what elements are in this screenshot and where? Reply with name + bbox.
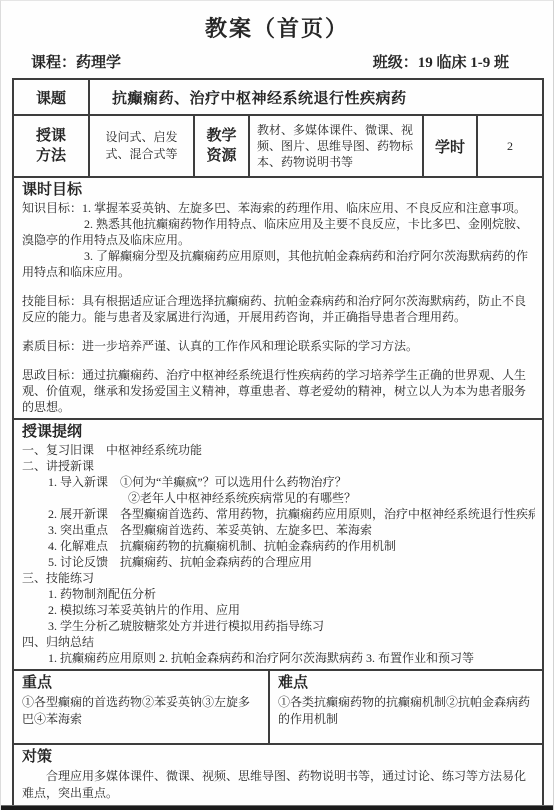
resources-label-cell: 教学资源 bbox=[194, 115, 249, 177]
outline-line: 四、归纳总结 bbox=[22, 634, 535, 650]
page-title: 教案（首页） bbox=[1, 16, 553, 42]
outline-line: 1. 药物制剂配伍分析 bbox=[22, 586, 535, 602]
method-label: 授课方法 bbox=[35, 126, 68, 166]
method-value-cell: 设问式、启发式、混合式等 bbox=[89, 115, 194, 177]
strategy-cell: 对策 合理应用多媒体课件、微课、视频、思维导图、药物说明书等，通过讨论、练习等方… bbox=[13, 744, 543, 806]
outline-line: 一、复习旧课 中枢神经系统功能 bbox=[22, 442, 535, 458]
method-resources-row: 授课方法 设问式、启发式、混合式等 教学资源 教材、多媒体课件、微课、视频、图片… bbox=[13, 115, 543, 177]
ideology-objective: 思政目标：通过抗癫痫药、治疗中枢神经系统退行性疾病药的学习培养学生正确的世界观、… bbox=[22, 367, 535, 415]
difficulties-heading: 难点 bbox=[278, 674, 535, 693]
lesson-plan-table: 课题 抗癫痫药、治疗中枢神经系统退行性疾病药 授课方法 设问式、启发式、混合式等… bbox=[12, 78, 544, 807]
class-value: 19 临床 1-9 班 bbox=[418, 55, 509, 71]
course-value: 药理学 bbox=[76, 55, 121, 71]
topic-value-cell: 抗癫痫药、治疗中枢神经系统退行性疾病药 bbox=[89, 79, 543, 115]
key-points-heading: 重点 bbox=[22, 674, 261, 693]
knowledge-objective-1: 知识目标：1. 掌握苯妥英钠、左旋多巴、苯海索的药理作用、临床应用、不良反应和注… bbox=[22, 200, 535, 216]
keypoints-difficulties-row: 重点 ①各型癫痫的首选药物②苯妥英钠③左旋多巴④苯海索 难点 ①各类抗癫痫药物的… bbox=[13, 670, 543, 744]
objectives-heading: 课时目标 bbox=[22, 181, 535, 200]
outline-line: 1. 抗癫痫药应用原则 2. 抗帕金森病药和治疗阿尔茨海默病药 3. 布置作业和… bbox=[22, 650, 535, 666]
difficulties-cell: 难点 ①各类抗癫痫药物的抗癫痫机制②抗帕金森病药的作用机制 bbox=[269, 670, 543, 744]
course-label: 课程： bbox=[31, 55, 76, 71]
outline-line: 3. 学生分析乙琥胺糖浆处方并进行模拟用药指导练习 bbox=[22, 618, 535, 634]
quality-objective: 素质目标：进一步培养严谨、认真的工作作风和理论联系实际的学习方法。 bbox=[22, 338, 535, 354]
topic-row: 课题 抗癫痫药、治疗中枢神经系统退行性疾病药 bbox=[13, 79, 543, 115]
method-label-cell: 授课方法 bbox=[13, 115, 89, 177]
skill-objective: 技能目标：具有根据适应证合理选择抗癫痫药、抗帕金森病药和治疗阿尔茨海默病药，防止… bbox=[22, 293, 535, 325]
outline-line: 2. 模拟练习苯妥英钠片的作用、应用 bbox=[22, 602, 535, 618]
knowledge-objective-3: 3. 了解癫痫分型及抗癫痫药应用原则，其他抗帕金森病药和治疗阿尔茨海默病药的作用… bbox=[22, 248, 535, 280]
hours-label-cell: 学时 bbox=[423, 115, 477, 177]
outline-cell: 授课提纲 一、复习旧课 中枢神经系统功能 二、讲授新课 1. 导入新课 ①何为“… bbox=[13, 419, 543, 670]
meta-row: 课程：药理学 班级：19 临床 1-9 班 bbox=[1, 54, 553, 73]
outline-line: 三、技能练习 bbox=[22, 570, 535, 586]
outline-line: 5. 讨论反馈 抗癫痫药、抗帕金森病药的合理应用 bbox=[22, 554, 535, 570]
resources-label: 教学资源 bbox=[205, 126, 238, 166]
objectives-row: 课时目标 知识目标：1. 掌握苯妥英钠、左旋多巴、苯海索的药理作用、临床应用、不… bbox=[13, 177, 543, 419]
lesson-plan-page: 教案（首页） 课程：药理学 班级：19 临床 1-9 班 课题 抗癫痫药、治疗中… bbox=[0, 0, 554, 810]
hours-value-cell: 2 bbox=[477, 115, 543, 177]
outline-heading: 授课提纲 bbox=[22, 423, 535, 442]
strategy-heading: 对策 bbox=[22, 748, 535, 767]
outline-line: 1. 导入新课 ①何为“羊癫疯”？可以选用什么药物治疗？ bbox=[22, 474, 535, 490]
outline-line: 4. 化解难点 抗癫痫药物的抗癫痫机制、抗帕金森病药的作用机制 bbox=[22, 538, 535, 554]
class-field: 班级：19 临床 1-9 班 bbox=[373, 54, 509, 73]
outline-row: 授课提纲 一、复习旧课 中枢神经系统功能 二、讲授新课 1. 导入新课 ①何为“… bbox=[13, 419, 543, 670]
outline-line: 3. 突出重点 各型癫痫首选药、苯妥英钠、左旋多巴、苯海索 bbox=[22, 522, 535, 538]
class-label: 班级： bbox=[373, 55, 418, 71]
outline-line: ②老年人中枢神经系统疾病常见的有哪些？ bbox=[22, 490, 535, 506]
objectives-cell: 课时目标 知识目标：1. 掌握苯妥英钠、左旋多巴、苯海索的药理作用、临床应用、不… bbox=[13, 177, 543, 419]
resources-value-cell: 教材、多媒体课件、微课、视频、图片、思维导图、药物标本、药物说明书等 bbox=[249, 115, 423, 177]
outline-line: 二、讲授新课 bbox=[22, 458, 535, 474]
key-points-cell: 重点 ①各型癫痫的首选药物②苯妥英钠③左旋多巴④苯海索 bbox=[13, 670, 269, 744]
difficulties-text: ①各类抗癫痫药物的抗癫痫机制②抗帕金森病药的作用机制 bbox=[278, 694, 535, 728]
strategy-row: 对策 合理应用多媒体课件、微课、视频、思维导图、药物说明书等，通过讨论、练习等方… bbox=[13, 744, 543, 806]
outline-line: 2. 展开新课 各型癫痫首选药、常用药物，抗癫痫药应用原则，治疗中枢神经系统退行… bbox=[22, 506, 535, 522]
strategy-text: 合理应用多媒体课件、微课、视频、思维导图、药物说明书等，通过讨论、练习等方法易化… bbox=[22, 768, 535, 802]
photo-bottom-edge bbox=[1, 805, 553, 810]
course-field: 课程：药理学 bbox=[31, 54, 121, 73]
knowledge-objective-2: 2. 熟悉其他抗癫痫药物作用特点、临床应用及主要不良反应，卡比多巴、金刚烷胺、溴… bbox=[22, 216, 535, 248]
topic-label-cell: 课题 bbox=[13, 79, 89, 115]
key-points-text: ①各型癫痫的首选药物②苯妥英钠③左旋多巴④苯海索 bbox=[22, 694, 261, 728]
